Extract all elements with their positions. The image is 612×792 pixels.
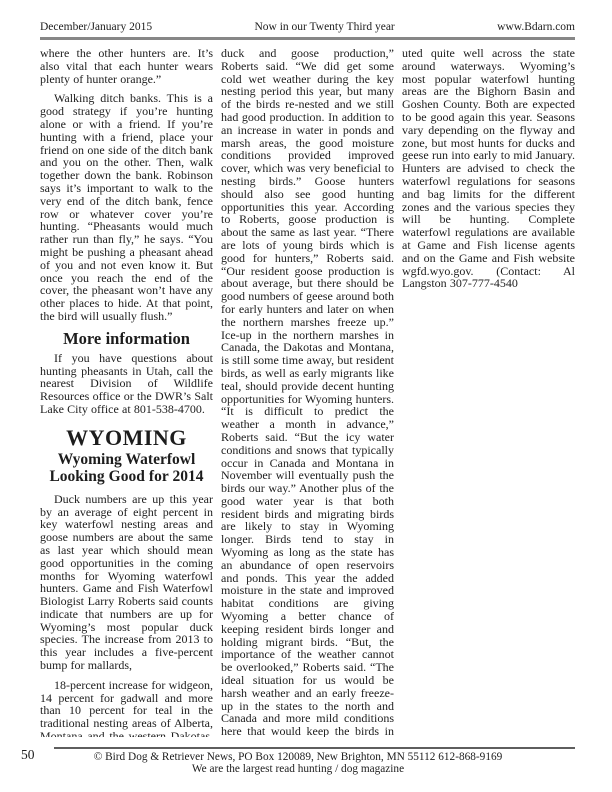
header-issue-date: December/January 2015 [40,21,152,34]
footer-text: © Bird Dog & Retriever News, PO Box 1200… [21,751,575,776]
column-2: duck and goose production,” Roberts said… [221,47,394,737]
section-heading-wyoming: WYOMING [40,426,213,449]
paragraph: uted quite well across the state around … [402,47,575,290]
column-3: uted quite well across the state around … [402,47,575,737]
header-website: www.Bdarn.com [497,21,575,34]
page-footer: 50 © Bird Dog & Retriever News, PO Box 1… [21,747,575,776]
footer-rule [54,747,575,749]
magazine-page: December/January 2015 Now in our Twenty … [0,0,612,792]
paragraph: duck and goose production,” Roberts said… [221,47,394,737]
paragraph: Duck numbers are up this year by an aver… [40,493,213,672]
paragraph: 18-percent increase for widgeon, 14 perc… [40,679,213,737]
paragraph: If you have questions about hunting phea… [40,352,213,416]
paragraph: Walking ditch banks. This is a good stra… [40,92,213,322]
page-header: December/January 2015 Now in our Twenty … [40,21,575,40]
header-tagline: Now in our Twenty Third year [255,21,395,34]
article-title: Wyoming Waterfowl Looking Good for 2014 [40,451,213,486]
page-number: 50 [21,748,35,762]
column-1: where the other hunters are. It’s also v… [40,47,213,737]
footer-tagline: We are the largest read hunting / dog ma… [21,763,575,776]
article-columns: where the other hunters are. It’s also v… [40,47,575,737]
paragraph: where the other hunters are. It’s also v… [40,47,213,85]
footer-copyright: © Bird Dog & Retriever News, PO Box 1200… [21,751,575,764]
section-heading-more-information: More information [40,330,213,348]
